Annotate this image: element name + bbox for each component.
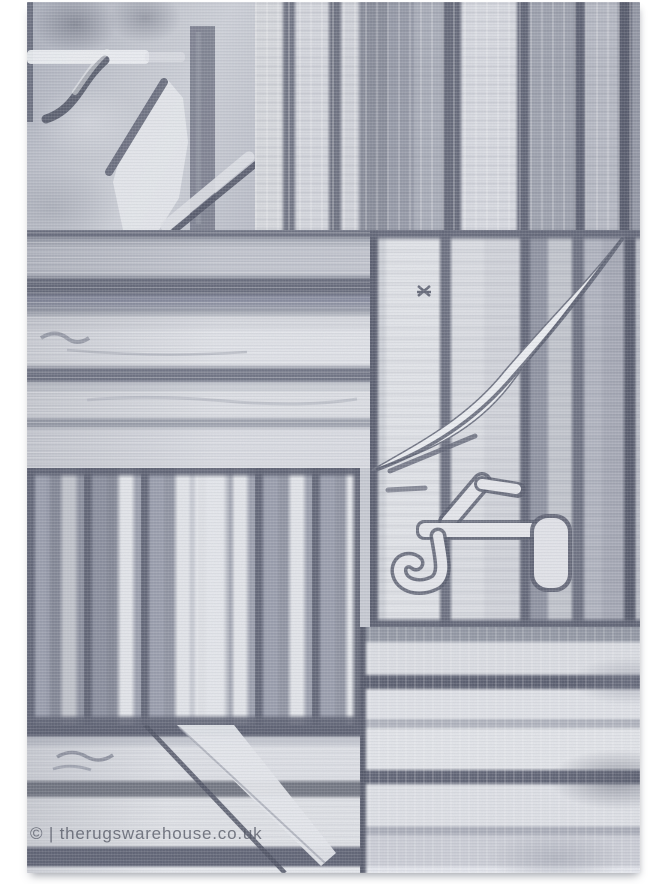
rug-patch-middle-right <box>370 230 640 627</box>
wood-knot-squiggle <box>41 334 89 343</box>
product-image: © | therugswarehouse.co.uk <box>0 0 663 884</box>
grain-line <box>87 397 357 403</box>
grain-line-2 <box>67 350 247 355</box>
middle-left-grain <box>27 230 370 468</box>
rug-patch-top-right <box>255 2 640 230</box>
gate-latch-motif <box>399 482 572 592</box>
rug-patch-bottom-left <box>27 468 360 725</box>
white-band-fade <box>145 52 185 62</box>
watermark: © | therugswarehouse.co.uk <box>30 824 262 844</box>
rug-photo: © | therugswarehouse.co.uk <box>27 2 640 873</box>
rug-patch-bottom-right <box>360 627 640 873</box>
rug-patch-bottom-left-lower <box>27 725 360 873</box>
grain-squiggle <box>57 753 113 761</box>
rug-patch-top-left <box>27 2 255 230</box>
curved-swoosh <box>372 236 623 470</box>
gate-rail-stub <box>388 488 425 490</box>
rug-patch-middle-left <box>27 230 370 468</box>
swoosh-shadow-edge <box>376 238 623 470</box>
white-band <box>27 50 149 64</box>
wood-knot <box>417 286 431 296</box>
grain-squiggle-2 <box>53 766 91 770</box>
top-left-patch-features <box>27 2 255 230</box>
middle-right-patch-features <box>370 230 640 627</box>
bottom-left-patch-features <box>27 725 360 873</box>
